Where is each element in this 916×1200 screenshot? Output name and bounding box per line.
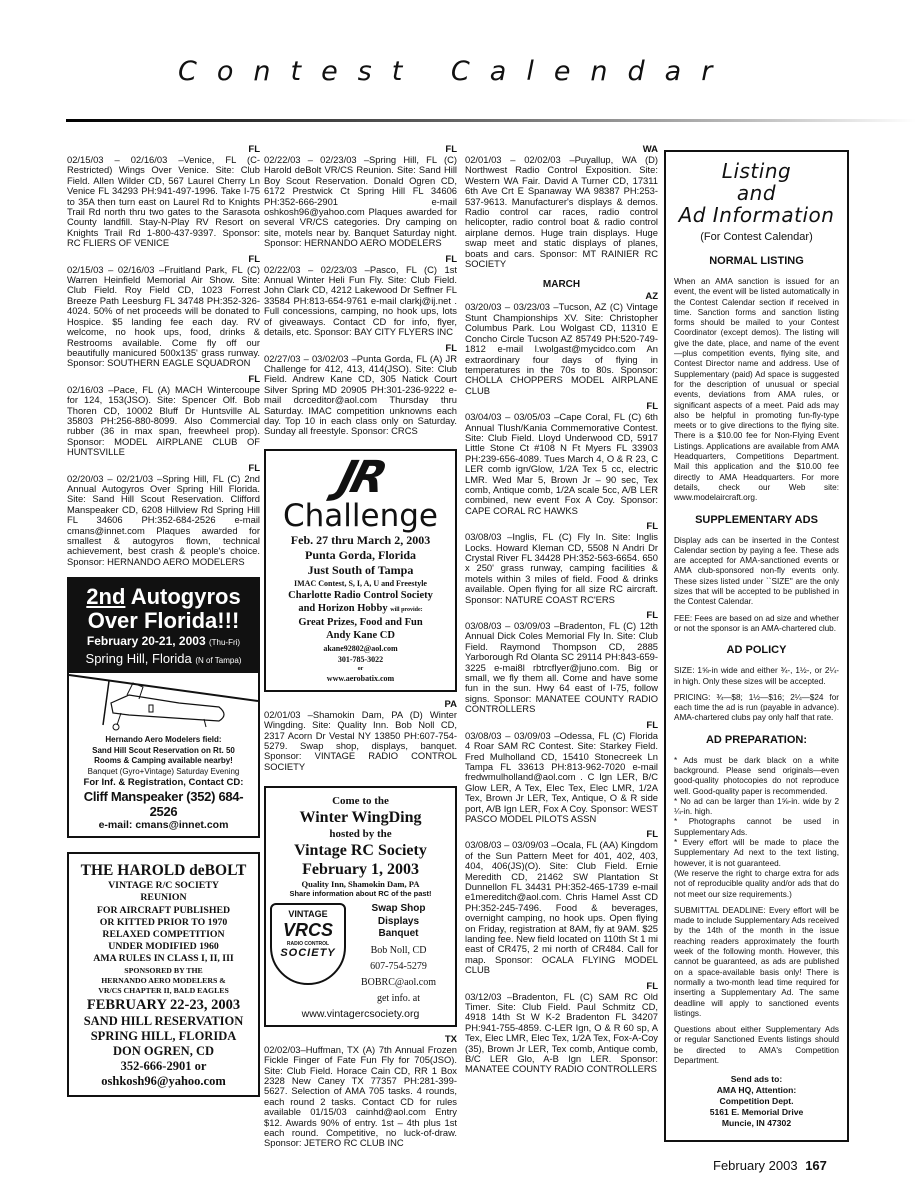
questions-text: Questions about either Supplementary Ads… [674,1025,839,1066]
ad-header-band: 2nd Autogyros Over Florida!!! February 2… [69,579,258,673]
listing-text: 02/27/03 – 03/02/03 –Punta Gorda, FL (A)… [264,354,457,437]
ad-headline: 2nd Autogyros [73,585,254,609]
ad-headline: Challenge [270,499,451,533]
issue-date: February 2003 [713,1158,798,1173]
ad-email: BOBRC@aol.com [346,976,451,989]
send-ads-address: Send ads to: AMA HQ, Attention: Competit… [674,1074,839,1129]
listing-ad-info-box: Listing and Ad Information (For Contest … [664,150,849,1142]
size-text: SIZE: 1⅝-in wide and either ¾-, 1½-, or … [674,666,839,687]
listing-entry: FL 02/15/03 – 02/16/03 –Venice, FL (C-Re… [67,145,260,249]
ad-phone: 301-785-3022 [270,654,451,665]
ad-email: e-mail: cmans@innet.com [72,819,255,832]
ad-details: Hernando Aero Modelers field: Sand Hill … [69,733,258,836]
info-box-title: Listing [674,160,839,182]
listing-entry: FL 03/08/03 – 03/09/03 –Odessa, FL (C) F… [465,721,658,825]
listing-text: 02/02/03–Huffman, TX (A) 7th Annual Froz… [264,1045,457,1149]
ad-headline-2: Over Florida!!! [73,609,254,633]
listing-entry: FL 02/22/03 – 02/23/03 –Spring Hill, FL … [264,145,457,249]
normal-listing-text: When an AMA sanction is issued for an ev… [674,277,839,504]
listing-text: 02/16/03 –Pace, FL (A) MACH Wintercoupe … [67,385,260,458]
column-3: WA 02/01/03 – 02/02/03 –Puyallup, WA (D)… [465,145,658,1081]
listing-text: 03/04/03 – 03/05/03 –Cape Coral, FL (C) … [465,412,658,516]
ad-url: www.aerobatix.com [270,673,451,684]
jr-logo-icon: JR [264,457,456,499]
listing-entry: FL 02/15/03 – 02/16/03 –Fruitland Park, … [67,255,260,369]
listing-text: 02/22/03 – 02/23/03 –Spring Hill, FL (C)… [264,155,457,249]
pricing-text: PRICING: ¾—$8; 1½—$16; 2¼—$24 for each t… [674,693,839,724]
listing-text: 02/15/03 – 02/16/03 –Fruitland Park, FL … [67,265,260,369]
ad-phone: 607-754-5279 [346,960,451,973]
section-heading-normal-listing: NORMAL LISTING [674,255,839,267]
listing-entry: FL 03/04/03 – 03/05/03 –Cape Coral, FL (… [465,402,658,516]
section-heading-ad-preparation: AD PREPARATION: [674,734,839,746]
listing-entry: TX 02/02/03–Huffman, TX (A) 7th Annual F… [264,1035,457,1149]
autogyro-icon [69,673,258,733]
ad-harold-debolt-reunion: THE HAROLD deBOLT VINTAGE R/C SOCIETY RE… [67,852,260,1096]
info-box-subtitle: (For Contest Calendar) [674,231,839,243]
listing-entry: FL 03/12/03 –Bradenton, FL (C) SAM RC Ol… [465,982,658,1075]
ad-email: oshkosh96@yahoo.com [73,1074,254,1089]
vintage-rc-society-badge-icon: VINTAGE VRCS RADIO CONTROL SOCIETY [270,903,346,985]
listing-entry: PA 02/01/03 –Shamokin Dam, PA (D) Winter… [264,700,457,772]
listing-entry: FL 02/16/03 –Pace, FL (A) MACH Wintercou… [67,375,260,458]
listing-entry: WA 02/01/03 – 02/02/03 –Puyallup, WA (D)… [465,145,658,269]
month-heading: MARCH [465,279,658,290]
ad-email: akane92802@aol.com [270,643,451,654]
listing-text: 02/01/03 – 02/02/03 –Puyallup, WA (D) No… [465,155,658,269]
ad-url: www.vintagercsociety.org [270,1007,451,1021]
supplementary-ads-text: Display ads can be inserted in the Conte… [674,536,839,608]
ad-place: Spring Hill, Florida (N of Tampa) [73,651,254,669]
listing-text: 03/20/03 – 03/23/03 –Tucson, AZ (C) Vint… [465,302,658,396]
ad-contact-label: For Inf. & Registration, Contact CD: [72,777,255,789]
listing-text: 03/12/03 –Bradenton, FL (C) SAM RC Old T… [465,992,658,1075]
column-2: FL 02/22/03 – 02/23/03 –Spring Hill, FL … [264,145,457,1155]
listing-entry: FL 03/08/03 –Inglis, FL (C) Fly In. Site… [465,522,658,605]
ad-date: February 1, 2003 [270,860,451,879]
page-footer: February 2003 167 [713,1158,827,1173]
fee-text: FEE: Fees are based on ad size and wheth… [674,614,839,635]
listing-text: 02/15/03 – 02/16/03 –Venice, FL (C-Restr… [67,155,260,249]
listing-entry: FL 03/08/03 – 03/09/03 –Ocala, FL (AA) K… [465,830,658,975]
ad-preparation-text: * Ads must be dark black on a white back… [674,756,839,900]
listing-text: 02/01/03 –Shamokin Dam, PA (D) Winter Wi… [264,710,457,772]
listing-text: 03/08/03 – 03/09/03 –Ocala, FL (AA) King… [465,840,658,975]
page-number: 167 [805,1158,827,1173]
listing-entry: FL 03/08/03 – 03/09/03 –Bradenton, FL (C… [465,611,658,715]
ad-headline: Winter WingDing [270,808,451,827]
section-heading-ad-policy: AD POLICY [674,644,839,656]
listing-entry: FL 02/20/03 – 02/21/03 –Spring Hill, FL … [67,464,260,568]
autogyro-illustration [69,673,258,733]
listing-text: 02/20/03 – 02/21/03 –Spring Hill, FL (C)… [67,474,260,568]
submittal-deadline-text: SUBMITTAL DEADLINE: Every effort will be… [674,906,839,1019]
column-1: FL 02/15/03 – 02/16/03 –Venice, FL (C-Re… [67,145,260,1105]
listing-text: 03/08/03 – 03/09/03 –Odessa, FL (C) Flor… [465,731,658,825]
listing-text: 03/08/03 –Inglis, FL (C) Fly In. Site: I… [465,532,658,605]
ad-date: February 20-21, 2003 (Thu-Fri) [73,633,254,651]
page-title: Contest Calendar [178,56,732,87]
ad-date: Feb. 27 thru March 2, 2003 [270,533,451,548]
state-label: FL [264,344,457,354]
listing-entry: AZ 03/20/03 – 03/23/03 –Tucson, AZ (C) V… [465,292,658,396]
ad-jr-challenge: JR Challenge Feb. 27 thru March 2, 2003 … [264,449,457,692]
ad-contact-name: Cliff Manspeaker (352) 684-2526 [72,789,255,819]
listing-entry: FL 02/27/03 – 03/02/03 –Punta Gorda, FL … [264,344,457,437]
ad-autogyros-over-florida: 2nd Autogyros Over Florida!!! February 2… [67,577,260,838]
listing-entry: FL 02/22/03 – 02/23/03 –Pasco, FL (C) 1s… [264,255,457,338]
ad-winter-wingding: Come to the Winter WingDing hosted by th… [264,786,457,1027]
section-heading-supplementary-ads: SUPPLEMENTARY ADS [674,514,839,526]
title-rule [66,119,916,122]
listing-text: 03/08/03 – 03/09/03 –Bradenton, FL (C) 1… [465,621,658,715]
listing-text: 02/22/03 – 02/23/03 –Pasco, FL (C) 1st A… [264,265,457,338]
